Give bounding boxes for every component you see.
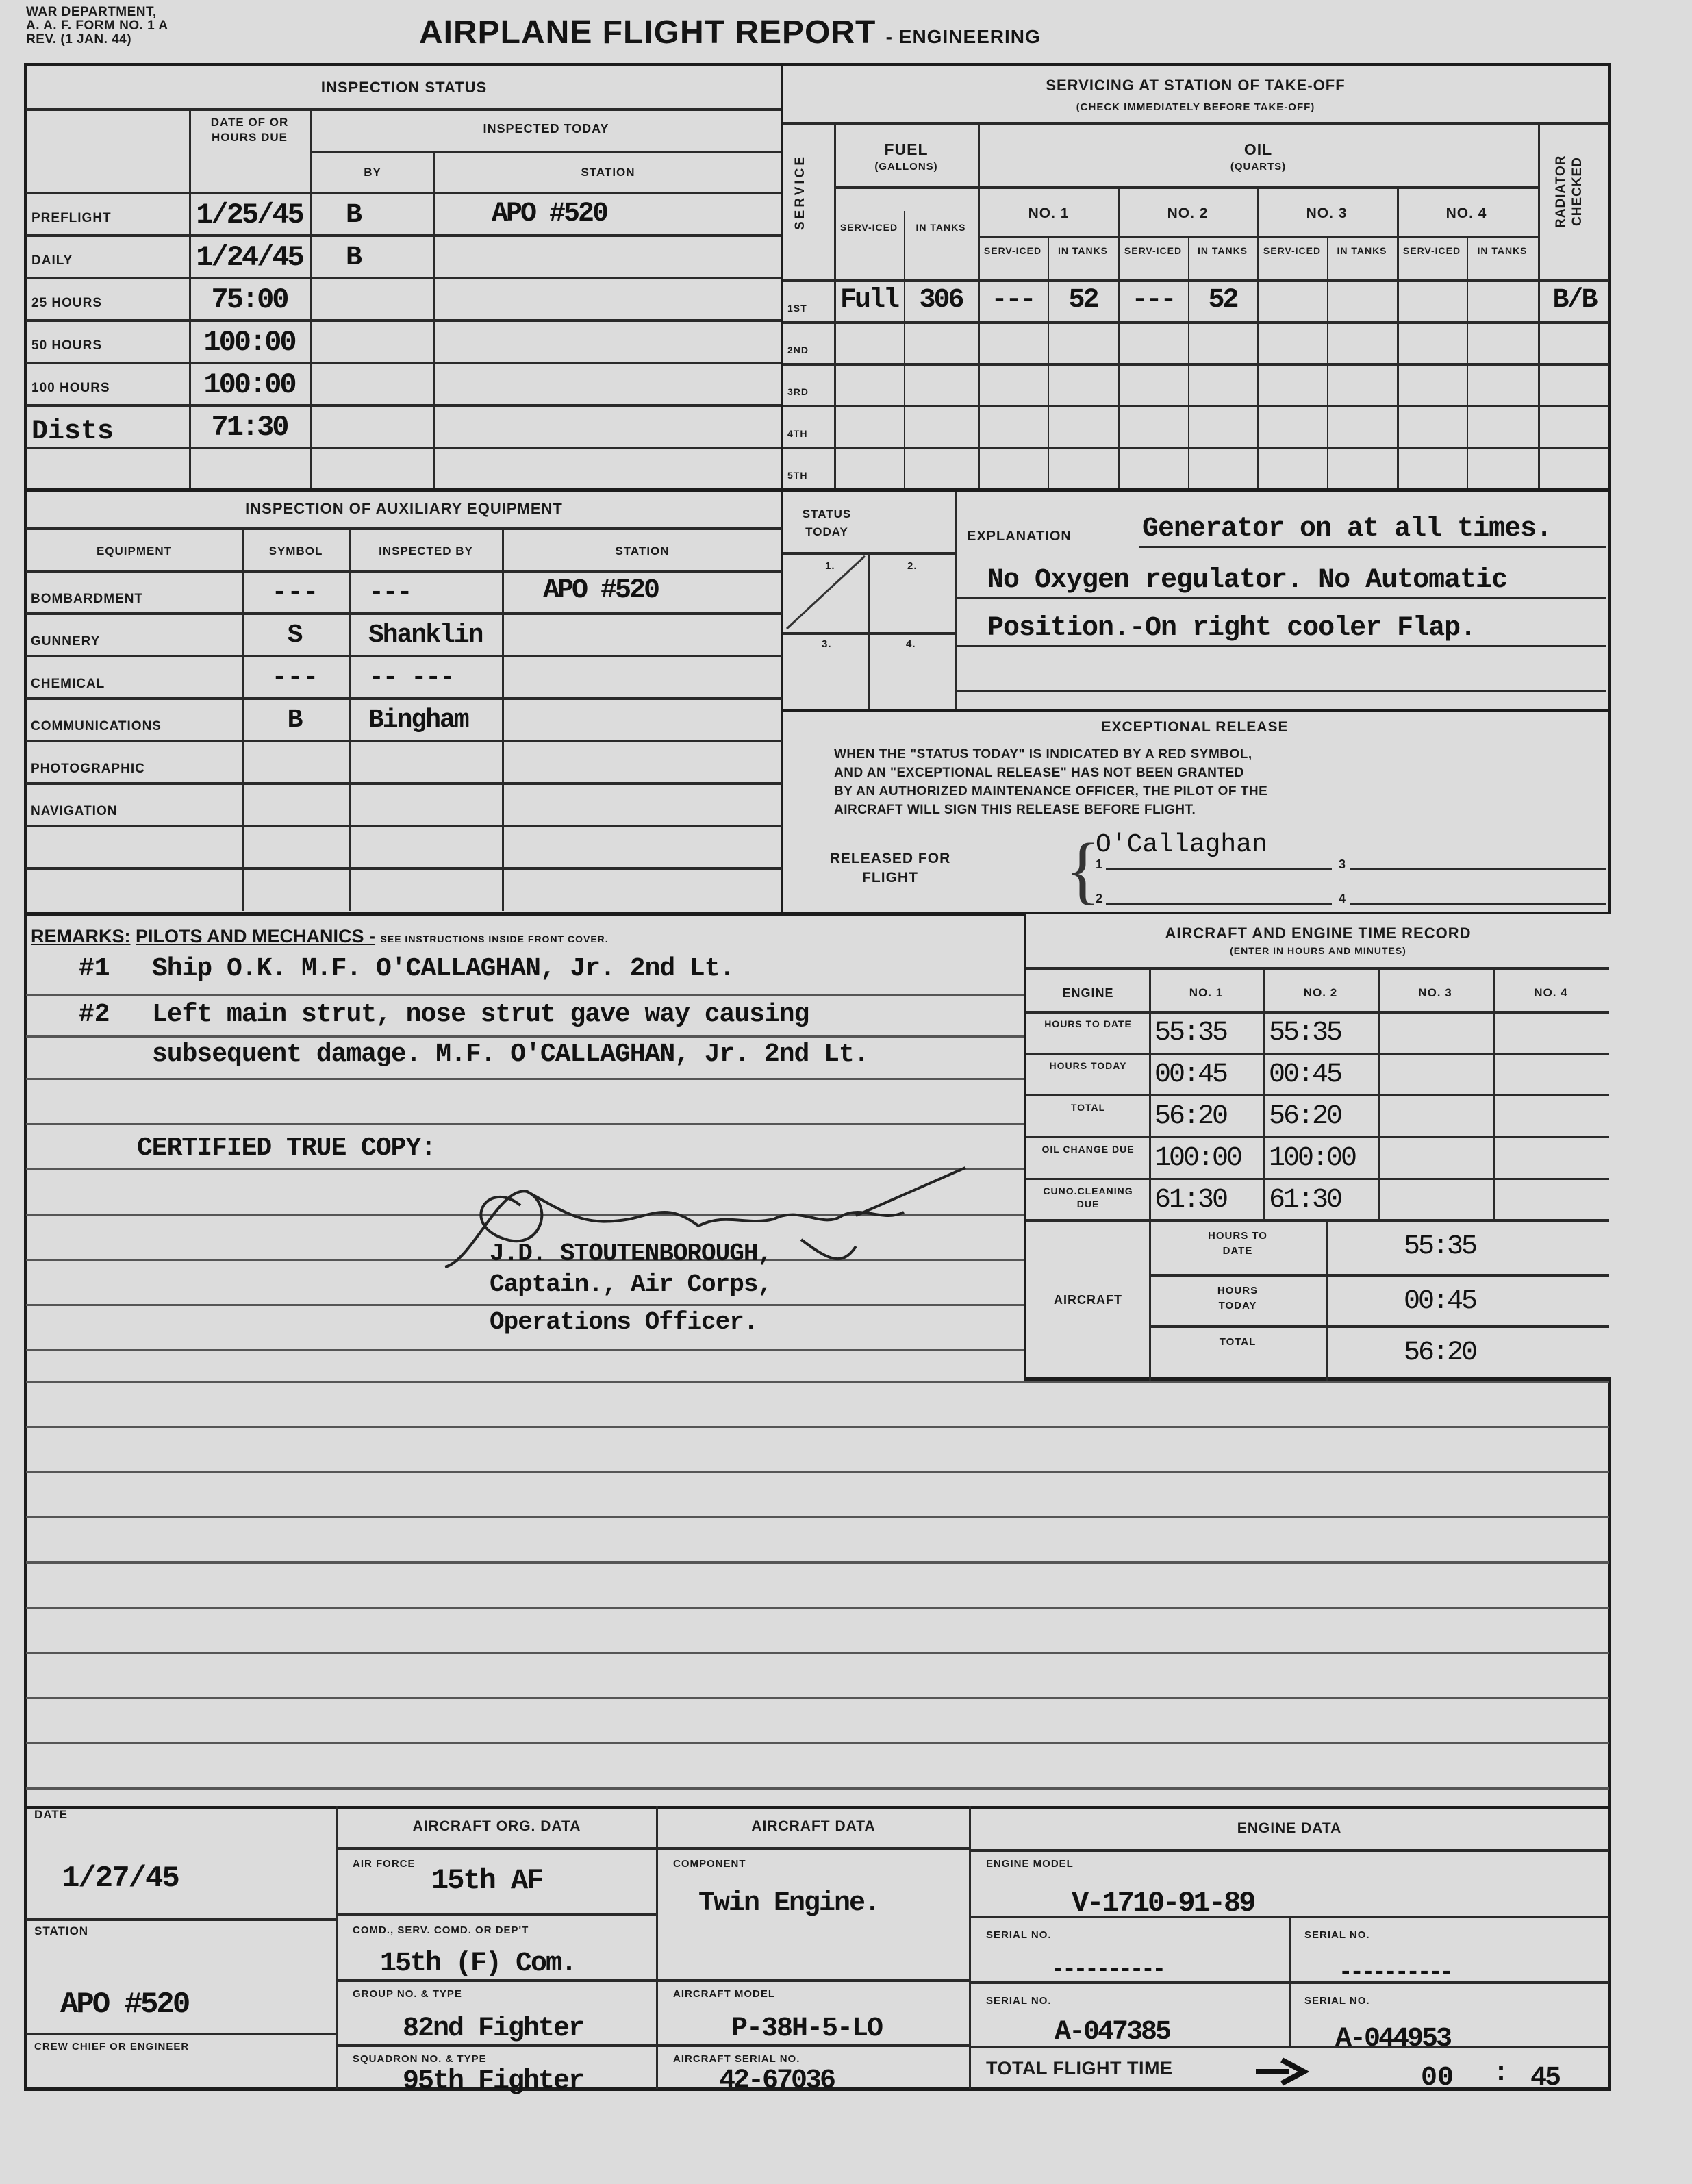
explanation-line-3[interactable]: Position.-On right cooler Flap.: [987, 613, 1476, 644]
time-engine-header: NO. 4: [1493, 986, 1609, 1000]
time-value-cell[interactable]: 55:35: [1269, 1018, 1341, 1049]
group-label: GROUP NO. & TYPE: [353, 1988, 462, 2000]
time-value-cell[interactable]: 56:20: [1269, 1101, 1341, 1132]
in-tanks-header: IN TANKS: [904, 221, 978, 234]
inspection-row-label: 50 HOURS: [31, 338, 102, 353]
servicing-cell-oil1_s[interactable]: ---: [978, 285, 1048, 316]
oil-unit: (QUARTS): [979, 158, 1537, 176]
aux-title: INSPECTION OF AUXILIARY EQUIPMENT: [27, 500, 781, 518]
subtitle-text: - ENGINEERING: [886, 26, 1041, 47]
exceptional-release-title: EXCEPTIONAL RELEASE: [784, 719, 1606, 736]
service-row-label: 2ND: [787, 344, 809, 355]
inspection-due-value[interactable]: 100:00: [190, 326, 308, 359]
aux-inspected-by-value[interactable]: ---: [368, 578, 411, 607]
explanation-label: EXPLANATION: [967, 529, 1072, 544]
time-value-cell[interactable]: 100:00: [1154, 1143, 1241, 1174]
inspection-due-value[interactable]: 71:30: [190, 411, 308, 444]
inspection-row-label: DAILY: [31, 253, 73, 268]
remarks-label-2: PILOTS AND MECHANICS -: [136, 926, 375, 946]
engine-serial-4[interactable]: A-044953: [1335, 2024, 1450, 2055]
signer-rank: Captain., Air Corps,: [490, 1270, 772, 1298]
inspection-row-label: 25 HOURS: [31, 296, 102, 311]
aircraft-data-title: AIRCRAFT DATA: [658, 1818, 969, 1835]
serviced-header: SERV-ICED: [1257, 244, 1327, 258]
col-service: SERVICE: [793, 137, 808, 247]
date-label: DATE: [34, 1808, 68, 1822]
aux-symbol-value[interactable]: ---: [244, 663, 346, 692]
inspection-status-title: INSPECTION STATUS: [27, 79, 781, 97]
aux-symbol-value[interactable]: ---: [244, 578, 346, 607]
aux-equipment-label: GUNNERY: [31, 634, 100, 649]
time-engine-header: NO. 3: [1378, 986, 1493, 1000]
signer-name: J.D. STOUTENBOROUGH,: [490, 1240, 772, 1268]
remark-1-num: #1: [79, 954, 110, 983]
col-engine: ENGINE: [1027, 986, 1149, 1001]
oil-engine-header: NO. 3: [1257, 205, 1396, 222]
servicing-cell-fuel_tanks[interactable]: 306: [904, 285, 978, 316]
radiator-checked-cell[interactable]: B/B: [1540, 285, 1608, 316]
inspection-due-value[interactable]: 100:00: [190, 368, 308, 401]
oil-label: OIL (QUARTS): [979, 140, 1537, 176]
serviced-header: SERV-ICED: [1118, 244, 1188, 258]
servicing-cell-oil2_s[interactable]: ---: [1118, 285, 1188, 316]
in-tanks-header: IN TANKS: [1188, 244, 1257, 258]
release-text-line: AND AN "EXCEPTIONAL RELEASE" HAS NOT BEE…: [834, 764, 1560, 782]
in-tanks-header: IN TANKS: [1467, 244, 1538, 258]
col-aux-station: STATION: [504, 544, 781, 558]
signer-2-num: 2: [1096, 892, 1103, 906]
servicing-subtitle: (CHECK IMMEDIATELY BEFORE TAKE-OFF): [784, 101, 1607, 113]
released-label-line-1: RELEASED FOR: [822, 849, 959, 868]
time-row-label: OIL CHANGE DUE: [1027, 1143, 1149, 1156]
crew-chief-label: CREW CHIEF OR ENGINEER: [34, 2041, 189, 2053]
inspection-by-value[interactable]: B: [346, 200, 362, 231]
time-value-cell[interactable]: 00:45: [1269, 1059, 1341, 1090]
service-row-label: 4TH: [787, 428, 807, 439]
status-box-4[interactable]: 4.: [906, 638, 916, 650]
inspection-due-value[interactable]: 75:00: [190, 284, 308, 316]
in-tanks-header: IN TANKS: [1048, 244, 1118, 258]
dept-line-2: A. A. F. FORM NO. 1 A: [26, 19, 168, 33]
fuel-title: FUEL: [836, 140, 976, 158]
engine-serial-1[interactable]: ----------: [1051, 1957, 1163, 1983]
air-force-label: AIR FORCE: [353, 1858, 416, 1870]
remark-1-text[interactable]: Ship O.K. M.F. O'CALLAGHAN, Jr. 2nd Lt.: [152, 954, 734, 983]
aux-symbol-value[interactable]: S: [244, 620, 346, 650]
aircraft-model-label: AIRCRAFT MODEL: [673, 1988, 775, 2000]
col-inspected-by: INSPECTED BY: [351, 544, 501, 558]
station-label: STATION: [34, 1924, 88, 1938]
form-title: AIRPLANE FLIGHT REPORT - ENGINEERING: [419, 14, 1041, 51]
air-force-value[interactable]: 15th AF: [431, 1864, 542, 1897]
col-equipment: EQUIPMENT: [27, 544, 241, 558]
status-box-1[interactable]: 1.: [825, 560, 835, 572]
release-text-line: AIRCRAFT WILL SIGN THIS RELEASE BEFORE F…: [834, 801, 1560, 819]
component-label: COMPONENT: [673, 1858, 746, 1870]
serviced-header: SERV-ICED: [1397, 244, 1467, 258]
aux-station-value[interactable]: APO #520: [543, 575, 658, 606]
signature-scrawl: [431, 1164, 979, 1288]
servicing-cell-oil2_t[interactable]: 52: [1188, 285, 1257, 316]
time-record-subtitle: (ENTER IN HOURS AND MINUTES): [1027, 945, 1609, 956]
aircraft-time-label: HOURS TO DATE: [1157, 1229, 1318, 1259]
time-row-label: HOURS TO DATE: [1027, 1018, 1149, 1031]
group-value[interactable]: 82nd Fighter: [403, 2013, 583, 2044]
inspection-station-value[interactable]: APO #520: [492, 199, 607, 229]
remarks-label: REMARKS:: [31, 926, 131, 946]
certified-true-copy: CERTIFIED TRUE COPY:: [137, 1133, 435, 1163]
remark-2-num: #2: [79, 1000, 110, 1029]
engine-model-value[interactable]: V-1710-91-89: [1072, 1887, 1254, 1920]
explanation-line-2[interactable]: No Oxygen regulator. No Automatic: [987, 565, 1507, 596]
serial-no-label-4: SERIAL NO.: [1304, 1995, 1370, 2007]
signer-3-field[interactable]: [1350, 868, 1606, 870]
time-record-title: AIRCRAFT AND ENGINE TIME RECORD: [1027, 925, 1609, 942]
time-value-cell[interactable]: 100:00: [1269, 1143, 1355, 1174]
aux-equipment-label: COMMUNICATIONS: [31, 719, 162, 734]
fuel-unit: (GALLONS): [836, 158, 976, 176]
signer-2-field[interactable]: [1106, 903, 1332, 905]
remark-3-text[interactable]: subsequent damage. M.F. O'CALLAGHAN, Jr.…: [152, 1040, 869, 1069]
station-value[interactable]: APO #520: [60, 1987, 188, 2022]
oil-title: OIL: [979, 140, 1537, 158]
time-value-cell[interactable]: 00:45: [1154, 1059, 1226, 1090]
servicing-title: SERVICING AT STATION OF TAKE-OFF: [784, 77, 1607, 95]
comd-value[interactable]: 15th (F) Com.: [380, 1948, 576, 1979]
aux-inspected-by-value[interactable]: -- ---: [368, 663, 454, 692]
in-tanks-header: IN TANKS: [1327, 244, 1397, 258]
comd-label: COMD., SERV. COMD. OR DEP'T: [353, 1924, 529, 1936]
status-box-3[interactable]: 3.: [822, 638, 832, 650]
signer-3-num: 3: [1339, 857, 1346, 872]
time-value-cell[interactable]: 56:20: [1154, 1101, 1226, 1132]
date-value[interactable]: 1/27/45: [62, 1861, 179, 1896]
status-box-2[interactable]: 2.: [907, 560, 918, 572]
signer-4-field[interactable]: [1350, 903, 1606, 905]
total-minutes-value[interactable]: 45: [1530, 2063, 1559, 2094]
col-date-due: DATE OF OR HOURS DUE: [193, 115, 306, 145]
time-value-cell[interactable]: 61:30: [1269, 1185, 1341, 1216]
signer-4-num: 4: [1339, 892, 1346, 906]
aux-equipment-label: BOMBARDMENT: [31, 592, 143, 607]
remarks-header: REMARKS: PILOTS AND MECHANICS - SEE INST…: [31, 926, 609, 947]
aux-symbol-value[interactable]: B: [244, 705, 346, 735]
time-engine-header: NO. 2: [1263, 986, 1378, 1000]
oil-engine-header: NO. 1: [979, 205, 1118, 222]
serial-no-label-1: SERIAL NO.: [986, 1929, 1052, 1941]
fuel-label: FUEL (GALLONS): [836, 140, 976, 176]
aux-equipment-label: PHOTOGRAPHIC: [31, 762, 145, 777]
engine-data-title: ENGINE DATA: [971, 1820, 1608, 1837]
time-value-cell[interactable]: 61:30: [1154, 1185, 1226, 1216]
time-row-label: CUNO.CLEANING DUE: [1027, 1185, 1149, 1211]
oil-engine-header: NO. 4: [1397, 205, 1536, 222]
title-text: AIRPLANE FLIGHT REPORT: [419, 14, 876, 51]
inspection-due-value[interactable]: 1/25/45: [190, 199, 308, 231]
col-station: STATION: [435, 166, 781, 179]
serviced-header: SERV-ICED: [834, 221, 904, 234]
exceptional-release-text: WHEN THE "STATUS TODAY" IS INDICATED BY …: [834, 745, 1560, 819]
aux-inspected-by-value[interactable]: Bingham: [368, 705, 468, 735]
time-engine-header: NO. 1: [1149, 986, 1263, 1000]
dept-line-1: WAR DEPARTMENT,: [26, 5, 168, 19]
serial-no-label-3: SERIAL NO.: [986, 1995, 1052, 2007]
aircraft-time-label: HOURS TODAY: [1157, 1283, 1318, 1314]
squadron-value[interactable]: 95th Fighter: [403, 2074, 583, 2090]
release-text-line: BY AN AUTHORIZED MAINTENANCE OFFICER, TH…: [834, 782, 1560, 801]
aircraft-serial-value[interactable]: 42-67036: [719, 2073, 834, 2089]
released-for-flight-label: RELEASED FOR FLIGHT: [822, 849, 959, 888]
explanation-line-1[interactable]: Generator on at all times.: [1142, 514, 1552, 544]
signer-1-field[interactable]: O'Callaghan: [1096, 830, 1267, 859]
col-symbol: SYMBOL: [244, 544, 348, 558]
inspection-row-label: Dists: [31, 416, 114, 447]
serial-no-label-2: SERIAL NO.: [1304, 1929, 1370, 1941]
release-text-line: WHEN THE "STATUS TODAY" IS INDICATED BY …: [834, 745, 1560, 764]
inspection-row-label: 100 HOURS: [31, 381, 110, 396]
aircraft-serial-label: AIRCRAFT SERIAL NO.: [673, 2053, 800, 2065]
signer-title: Operations Officer.: [490, 1308, 757, 1336]
total-hours-value[interactable]: 00: [1421, 2063, 1454, 2094]
time-value-cell[interactable]: 55:35: [1154, 1018, 1226, 1049]
aircraft-time-value[interactable]: 55:35: [1404, 1231, 1476, 1262]
aircraft-time-value[interactable]: 00:45: [1404, 1286, 1476, 1317]
released-label-line-2: FLIGHT: [822, 868, 959, 888]
radiator-checked-label: RADIATOR CHECKED: [1553, 134, 1591, 250]
remarks-instructions: SEE INSTRUCTIONS INSIDE FRONT COVER.: [381, 933, 609, 944]
form-department-info: WAR DEPARTMENT, A. A. F. FORM NO. 1 A RE…: [26, 5, 168, 47]
status-today-title: STATUS TODAY: [784, 505, 870, 541]
aircraft-time-value[interactable]: 56:20: [1404, 1338, 1476, 1368]
col-inspected-today: INSPECTED TODAY: [312, 122, 781, 136]
inspection-row-label: PREFLIGHT: [31, 211, 112, 226]
aux-equipment-label: NAVIGATION: [31, 804, 117, 819]
aux-inspected-by-value[interactable]: Shanklin: [368, 620, 482, 650]
engine-model-label: ENGINE MODEL: [986, 1858, 1074, 1870]
service-row-label: 3RD: [787, 386, 809, 397]
serviced-header: SERV-ICED: [978, 244, 1048, 258]
aux-equipment-label: CHEMICAL: [31, 677, 105, 692]
org-data-title: AIRCRAFT ORG. DATA: [338, 1818, 656, 1835]
remark-2-text[interactable]: Left main strut, nose strut gave way cau…: [152, 1000, 809, 1029]
servicing-cell-fuel_serviced[interactable]: Full: [834, 285, 904, 316]
time-row-label: TOTAL: [1027, 1101, 1149, 1114]
inspection-due-value[interactable]: 1/24/45: [190, 241, 308, 274]
aircraft-time-label: TOTAL: [1157, 1335, 1318, 1350]
time-separator: :: [1493, 2058, 1509, 2089]
servicing-cell-oil1_t[interactable]: 52: [1048, 285, 1118, 316]
oil-engine-header: NO. 2: [1118, 205, 1257, 222]
col-by: BY: [312, 166, 433, 179]
service-row-label: 1ST: [787, 303, 807, 314]
aircraft-model-value[interactable]: P-38H-5-LO: [731, 2013, 882, 2044]
total-flight-time-label: TOTAL FLIGHT TIME: [986, 2058, 1172, 2079]
dept-line-3: REV. (1 JAN. 44): [26, 33, 168, 47]
time-row-label: HOURS TODAY: [1027, 1059, 1149, 1072]
aircraft-label: AIRCRAFT: [1027, 1293, 1149, 1307]
signer-1-num: 1: [1096, 857, 1103, 872]
component-value[interactable]: Twin Engine.: [698, 1888, 879, 1919]
arrow-right-icon: [1254, 2055, 1309, 2089]
inspection-by-value[interactable]: B: [346, 242, 362, 273]
engine-serial-3[interactable]: A-047385: [1055, 2017, 1170, 2048]
service-row-label: 5TH: [787, 470, 807, 481]
squadron-label: SQUADRON NO. & TYPE: [353, 2053, 487, 2065]
